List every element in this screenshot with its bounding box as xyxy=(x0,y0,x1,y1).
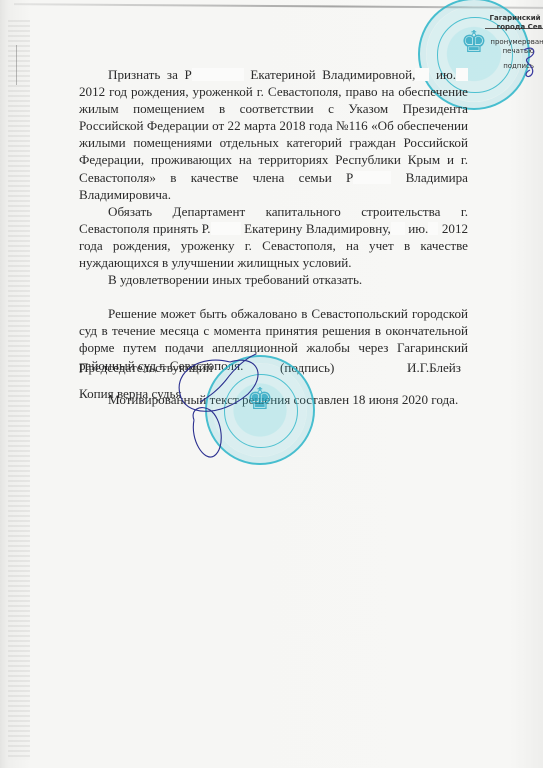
binding-shadow xyxy=(8,20,30,760)
page-left-edge xyxy=(16,45,17,85)
judge-name: И.Г.Блейз xyxy=(407,359,461,376)
text-segment: Признать за Р xyxy=(108,67,192,82)
text-segment: Екатерину Владимировну, xyxy=(244,221,391,236)
text-segment: ию. xyxy=(436,67,456,82)
corner-note-line: города Сев xyxy=(478,23,542,32)
redacted-surname xyxy=(353,171,391,184)
redacted-surname xyxy=(211,222,241,235)
corner-ink-signature xyxy=(520,44,542,84)
text-segment: Екатериной Владимировной, xyxy=(250,67,415,82)
paragraph-oblige-department: Обязать Департамент капитального строите… xyxy=(79,203,468,271)
text-segment: ию. xyxy=(408,221,428,236)
paragraph-recognize-right: Признать за Р Екатериной Владимировной, … xyxy=(79,66,468,203)
corner-note-line: Гагаринский р xyxy=(478,14,543,23)
redacted-surname xyxy=(192,68,244,81)
redacted-month-part xyxy=(456,68,468,81)
judge-ink-signature xyxy=(170,350,280,470)
document-page: ♚ Гагаринский р города Сев пронумеровано… xyxy=(0,0,543,768)
redacted-day xyxy=(415,68,429,81)
copy-certified-label: Копия верна судья xyxy=(79,385,182,402)
redacted-day xyxy=(391,222,405,235)
redacted-month-part xyxy=(428,222,438,235)
paragraph-deny-other-claims: В удовлетворении иных требований отказат… xyxy=(79,271,468,288)
